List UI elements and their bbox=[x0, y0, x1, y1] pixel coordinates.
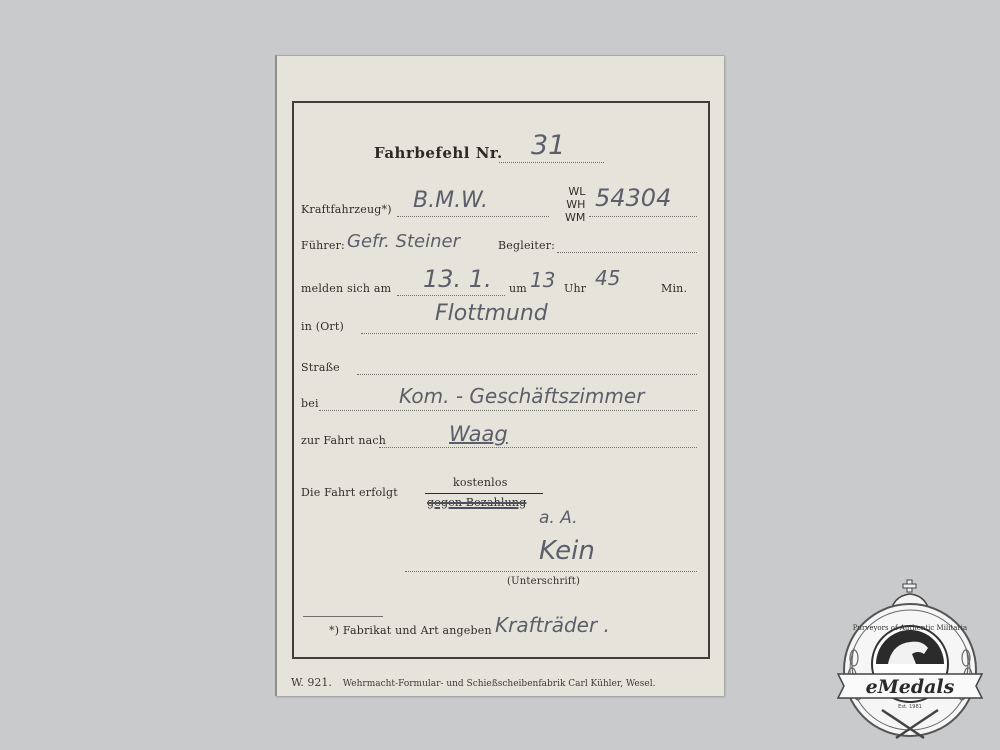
time-minutes: 45 bbox=[595, 266, 620, 290]
companion-line bbox=[557, 252, 697, 253]
vehicle-line bbox=[397, 216, 549, 217]
place-line bbox=[361, 333, 697, 334]
footnote-annotation: Krafträder . bbox=[495, 613, 610, 637]
logo-tagline: Purveyors of Authentic Militaria bbox=[853, 624, 967, 632]
plate-prefixes: WL WH WM bbox=[565, 185, 585, 224]
number-line bbox=[499, 162, 604, 163]
report-date-line bbox=[397, 295, 505, 296]
form-title: Fahrbefehl Nr. bbox=[374, 144, 503, 162]
payment-fraction-line bbox=[425, 493, 543, 494]
at-label: bei bbox=[301, 397, 319, 410]
payment-label: Die Fahrt erfolgt bbox=[301, 486, 398, 499]
driver-value: Gefr. Steiner bbox=[347, 231, 460, 252]
logo-brand: eMedals bbox=[866, 676, 955, 698]
companion-label: Begleiter: bbox=[498, 239, 555, 252]
publisher: Wehrmacht-Formular- und Schießscheibenfa… bbox=[343, 679, 656, 689]
signature-value: Kein bbox=[539, 536, 595, 566]
destination-line bbox=[379, 447, 697, 448]
form-code: W. 921. bbox=[291, 676, 332, 689]
emedals-logo: Purveyors of Authentic Militaria eMedals… bbox=[832, 578, 988, 743]
signature-caption: (Unterschrift) bbox=[507, 576, 580, 587]
order-number: 31 bbox=[531, 130, 565, 161]
travel-order-form: Fahrbefehl Nr. 31 Kraftfahrzeug*) B.M.W.… bbox=[275, 55, 724, 696]
plate-line bbox=[589, 216, 697, 217]
form-footer: W. 921. Wehrmacht-Formular- und Schießsc… bbox=[291, 676, 655, 689]
time-label-min: Min. bbox=[661, 282, 687, 295]
destination-label: zur Fahrt nach bbox=[301, 434, 386, 447]
vehicle-label: Kraftfahrzeug*) bbox=[301, 203, 392, 216]
at-value: Kom. - Geschäftszimmer bbox=[399, 384, 644, 408]
at-line bbox=[319, 410, 697, 411]
plate-prefix-wh: WH bbox=[565, 198, 585, 211]
logo-established: Est. 1981 bbox=[898, 704, 922, 710]
time-label-uhr: Uhr bbox=[564, 282, 586, 295]
street-label: Straße bbox=[301, 361, 340, 374]
place-value: Flottmund bbox=[435, 301, 548, 326]
payment-option-paid: gegen Bezahlung bbox=[427, 496, 526, 509]
emedals-badge-icon: Purveyors of Authentic Militaria eMedals… bbox=[832, 578, 988, 743]
place-label: in (Ort) bbox=[301, 320, 344, 333]
signature-prefix: a. A. bbox=[539, 508, 578, 528]
signature-line bbox=[405, 571, 697, 572]
footnote-rule bbox=[303, 616, 383, 617]
driver-label: Führer: bbox=[301, 239, 345, 252]
street-line bbox=[357, 374, 697, 375]
time-label-um: um bbox=[509, 282, 527, 295]
payment-option-free: kostenlos bbox=[453, 476, 508, 489]
plate-number: 54304 bbox=[595, 184, 671, 212]
time-hour: 13 bbox=[530, 268, 555, 292]
report-date-value: 13. 1. bbox=[423, 265, 492, 293]
plate-prefix-wm: WM bbox=[565, 211, 585, 224]
destination-value: Waag bbox=[449, 422, 508, 446]
vehicle-value: B.M.W. bbox=[413, 188, 488, 213]
footnote-text: *) Fabrikat und Art angeben bbox=[329, 624, 492, 637]
plate-prefix-wl: WL bbox=[565, 185, 585, 198]
report-date-label: melden sich am bbox=[301, 282, 391, 295]
